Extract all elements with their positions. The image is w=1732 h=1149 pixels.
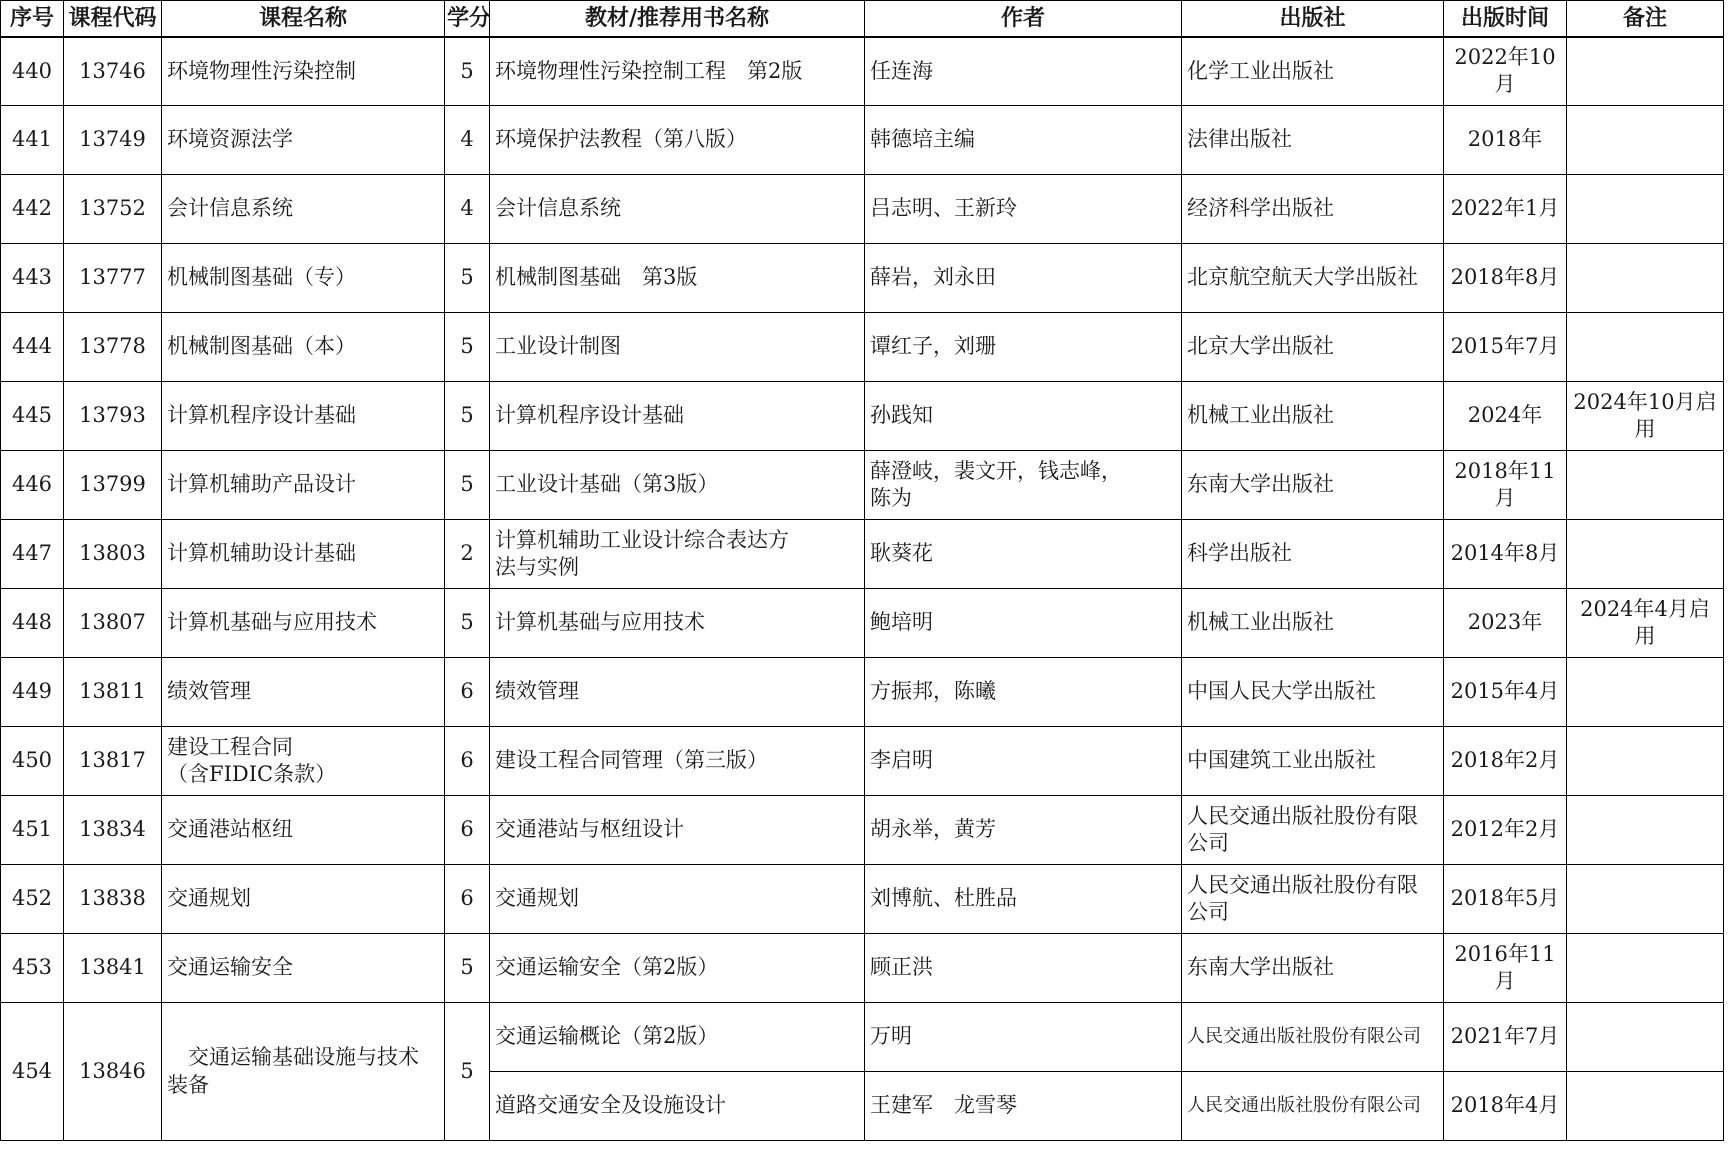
cell-author: 吕志明、王新玲 — [865, 175, 1182, 244]
cell-publish-date: 2018年4月 — [1444, 1072, 1567, 1141]
table-row: 449 13811 绩效管理 6 绩效管理 方振邦，陈曦 中国人民大学出版社 2… — [1, 658, 1724, 727]
cell-textbook-name: 计算机程序设计基础 — [490, 382, 865, 451]
cell-serial-number: 447 — [1, 520, 64, 589]
cell-serial-number: 451 — [1, 796, 64, 865]
cell-publisher: 机械工业出版社 — [1182, 589, 1444, 658]
header-textbook-name: 教材/推荐用书名称 — [490, 1, 865, 37]
table-row: 452 13838 交通规划 6 交通规划 刘博航、杜胜品 人民交通出版社股份有… — [1, 865, 1724, 934]
table-header-row: 序号 课程代码 课程名称 学分 教材/推荐用书名称 作者 出版社 出版时间 备注 — [1, 1, 1724, 37]
cell-author: 任连海 — [865, 37, 1182, 106]
cell-remark — [1567, 106, 1724, 175]
cell-publisher: 北京航空航天大学出版社 — [1182, 244, 1444, 313]
cell-course-name: 交通规划 — [162, 865, 445, 934]
cell-course-name: 机械制图基础（本） — [162, 313, 445, 382]
cell-publish-date: 2014年8月 — [1444, 520, 1567, 589]
cell-textbook-name: 会计信息系统 — [490, 175, 865, 244]
cell-course-name: 计算机辅助设计基础 — [162, 520, 445, 589]
cell-course-code: 13841 — [64, 934, 162, 1003]
cell-serial-number: 452 — [1, 865, 64, 934]
table-row: 440 13746 环境物理性污染控制 5 环境物理性污染控制工程 第2版 任连… — [1, 37, 1724, 106]
cell-textbook-name: 机械制图基础 第3版 — [490, 244, 865, 313]
cell-textbook-name: 建设工程合同管理（第三版） — [490, 727, 865, 796]
cell-course-code: 13834 — [64, 796, 162, 865]
cell-course-code: 13778 — [64, 313, 162, 382]
cell-course-name: 计算机辅助产品设计 — [162, 451, 445, 520]
cell-course-name: 交通运输基础设施与技术装备 — [162, 1003, 445, 1141]
cell-textbook-name: 交通港站与枢纽设计 — [490, 796, 865, 865]
cell-credits: 5 — [445, 451, 490, 520]
cell-publisher: 人民交通出版社股份有限公司 — [1182, 1003, 1444, 1072]
cell-publish-date: 2016年11月 — [1444, 934, 1567, 1003]
cell-textbook-name: 交通规划 — [490, 865, 865, 934]
cell-course-code: 13846 — [64, 1003, 162, 1141]
cell-author: 鲍培明 — [865, 589, 1182, 658]
table-row: 445 13793 计算机程序设计基础 5 计算机程序设计基础 孙践知 机械工业… — [1, 382, 1724, 451]
cell-author: 方振邦，陈曦 — [865, 658, 1182, 727]
cell-publish-date: 2012年2月 — [1444, 796, 1567, 865]
cell-publisher: 中国人民大学出版社 — [1182, 658, 1444, 727]
cell-remark — [1567, 244, 1724, 313]
cell-remark — [1567, 796, 1724, 865]
cell-author: 韩德培主编 — [865, 106, 1182, 175]
cell-textbook-name: 计算机基础与应用技术 — [490, 589, 865, 658]
cell-author: 万明 — [865, 1003, 1182, 1072]
cell-remark — [1567, 1072, 1724, 1141]
header-publisher: 出版社 — [1182, 1, 1444, 37]
cell-credits: 6 — [445, 727, 490, 796]
cell-serial-number: 444 — [1, 313, 64, 382]
cell-course-code: 13793 — [64, 382, 162, 451]
cell-credits: 5 — [445, 1003, 490, 1141]
cell-credits: 5 — [445, 313, 490, 382]
cell-publisher: 人民交通出版社股份有限 公司 — [1182, 865, 1444, 934]
cell-author: 胡永举，黄芳 — [865, 796, 1182, 865]
cell-course-code: 13749 — [64, 106, 162, 175]
table-row: 450 13817 建设工程合同 （含FIDIC条款） 6 建设工程合同管理（第… — [1, 727, 1724, 796]
header-publish-date: 出版时间 — [1444, 1, 1567, 37]
table-row: 444 13778 机械制图基础（本） 5 工业设计制图 谭红子，刘珊 北京大学… — [1, 313, 1724, 382]
cell-publisher: 东南大学出版社 — [1182, 451, 1444, 520]
cell-remark — [1567, 1003, 1724, 1072]
cell-course-code: 13811 — [64, 658, 162, 727]
cell-publish-date: 2024年 — [1444, 382, 1567, 451]
cell-remark — [1567, 727, 1724, 796]
table-row: 446 13799 计算机辅助产品设计 5 工业设计基础（第3版） 薛澄岐，裴文… — [1, 451, 1724, 520]
cell-textbook-name: 工业设计基础（第3版） — [490, 451, 865, 520]
cell-remark — [1567, 934, 1724, 1003]
cell-credits: 6 — [445, 796, 490, 865]
cell-textbook-name: 计算机辅助工业设计综合表达方 法与实例 — [490, 520, 865, 589]
cell-serial-number: 441 — [1, 106, 64, 175]
cell-textbook-name: 环境物理性污染控制工程 第2版 — [490, 37, 865, 106]
cell-publisher: 化学工业出版社 — [1182, 37, 1444, 106]
cell-publish-date: 2023年 — [1444, 589, 1567, 658]
cell-remark — [1567, 520, 1724, 589]
table-row: 453 13841 交通运输安全 5 交通运输安全（第2版） 顾正洪 东南大学出… — [1, 934, 1724, 1003]
cell-publish-date: 2018年 — [1444, 106, 1567, 175]
cell-course-code: 13777 — [64, 244, 162, 313]
header-credits: 学分 — [445, 1, 490, 37]
cell-publish-date: 2018年2月 — [1444, 727, 1567, 796]
cell-author: 李启明 — [865, 727, 1182, 796]
cell-publisher: 人民交通出版社股份有限 公司 — [1182, 796, 1444, 865]
cell-textbook-name: 道路交通安全及设施设计 — [490, 1072, 865, 1141]
cell-credits: 4 — [445, 106, 490, 175]
cell-author: 耿葵花 — [865, 520, 1182, 589]
cell-publisher: 中国建筑工业出版社 — [1182, 727, 1444, 796]
cell-remark: 2024年10月启用 — [1567, 382, 1724, 451]
cell-author: 王建军 龙雪琴 — [865, 1072, 1182, 1141]
table-row: 443 13777 机械制图基础（专） 5 机械制图基础 第3版 薛岩，刘永田 … — [1, 244, 1724, 313]
table-row: 447 13803 计算机辅助设计基础 2 计算机辅助工业设计综合表达方 法与实… — [1, 520, 1724, 589]
cell-publish-date: 2022年10月 — [1444, 37, 1567, 106]
cell-textbook-name: 绩效管理 — [490, 658, 865, 727]
cell-remark — [1567, 658, 1724, 727]
cell-course-code: 13807 — [64, 589, 162, 658]
table-row: 454 13846 交通运输基础设施与技术装备 5 交通运输概论（第2版） 万明… — [1, 1003, 1724, 1072]
cell-course-name: 机械制图基础（专） — [162, 244, 445, 313]
cell-author: 薛澄岐，裴文开，钱志峰， 陈为 — [865, 451, 1182, 520]
header-serial-number: 序号 — [1, 1, 64, 37]
cell-serial-number: 446 — [1, 451, 64, 520]
table-row: 451 13834 交通港站枢纽 6 交通港站与枢纽设计 胡永举，黄芳 人民交通… — [1, 796, 1724, 865]
cell-publish-date: 2021年7月 — [1444, 1003, 1567, 1072]
cell-course-code: 13752 — [64, 175, 162, 244]
cell-course-code: 13803 — [64, 520, 162, 589]
cell-publish-date: 2015年4月 — [1444, 658, 1567, 727]
cell-remark — [1567, 37, 1724, 106]
cell-credits: 6 — [445, 865, 490, 934]
cell-publish-date: 2018年8月 — [1444, 244, 1567, 313]
cell-credits: 5 — [445, 934, 490, 1003]
cell-course-name: 环境物理性污染控制 — [162, 37, 445, 106]
cell-remark — [1567, 313, 1724, 382]
cell-textbook-name: 交通运输安全（第2版） — [490, 934, 865, 1003]
cell-course-code: 13817 — [64, 727, 162, 796]
cell-publisher: 科学出版社 — [1182, 520, 1444, 589]
cell-course-name: 交通港站枢纽 — [162, 796, 445, 865]
cell-credits: 5 — [445, 37, 490, 106]
cell-author: 孙践知 — [865, 382, 1182, 451]
cell-publish-date: 2018年5月 — [1444, 865, 1567, 934]
course-textbook-table: 序号 课程代码 课程名称 学分 教材/推荐用书名称 作者 出版社 出版时间 备注… — [0, 0, 1724, 1141]
cell-course-name: 计算机程序设计基础 — [162, 382, 445, 451]
cell-publisher: 北京大学出版社 — [1182, 313, 1444, 382]
table-row: 448 13807 计算机基础与应用技术 5 计算机基础与应用技术 鲍培明 机械… — [1, 589, 1724, 658]
cell-author: 薛岩，刘永田 — [865, 244, 1182, 313]
cell-serial-number: 443 — [1, 244, 64, 313]
cell-publish-date: 2022年1月 — [1444, 175, 1567, 244]
header-course-name: 课程名称 — [162, 1, 445, 37]
cell-serial-number: 449 — [1, 658, 64, 727]
cell-credits: 5 — [445, 382, 490, 451]
cell-credits: 4 — [445, 175, 490, 244]
cell-remark — [1567, 865, 1724, 934]
cell-serial-number: 442 — [1, 175, 64, 244]
cell-remark — [1567, 175, 1724, 244]
cell-course-code: 13838 — [64, 865, 162, 934]
cell-serial-number: 448 — [1, 589, 64, 658]
cell-course-name: 交通运输安全 — [162, 934, 445, 1003]
cell-course-name: 会计信息系统 — [162, 175, 445, 244]
cell-course-code: 13746 — [64, 37, 162, 106]
cell-serial-number: 453 — [1, 934, 64, 1003]
cell-credits: 5 — [445, 589, 490, 658]
cell-publisher: 法律出版社 — [1182, 106, 1444, 175]
cell-credits: 6 — [445, 658, 490, 727]
header-course-code: 课程代码 — [64, 1, 162, 37]
cell-course-name: 建设工程合同 （含FIDIC条款） — [162, 727, 445, 796]
header-remark: 备注 — [1567, 1, 1724, 37]
table-row: 441 13749 环境资源法学 4 环境保护法教程（第八版） 韩德培主编 法律… — [1, 106, 1724, 175]
cell-publisher: 人民交通出版社股份有限公司 — [1182, 1072, 1444, 1141]
cell-textbook-name: 交通运输概论（第2版） — [490, 1003, 865, 1072]
cell-remark — [1567, 451, 1724, 520]
cell-author: 谭红子，刘珊 — [865, 313, 1182, 382]
cell-textbook-name: 工业设计制图 — [490, 313, 865, 382]
cell-serial-number: 445 — [1, 382, 64, 451]
cell-publisher: 经济科学出版社 — [1182, 175, 1444, 244]
cell-serial-number: 440 — [1, 37, 64, 106]
cell-textbook-name: 环境保护法教程（第八版） — [490, 106, 865, 175]
cell-author: 顾正洪 — [865, 934, 1182, 1003]
cell-publish-date: 2018年11月 — [1444, 451, 1567, 520]
cell-author: 刘博航、杜胜品 — [865, 865, 1182, 934]
header-author: 作者 — [865, 1, 1182, 37]
cell-course-code: 13799 — [64, 451, 162, 520]
cell-remark: 2024年4月启用 — [1567, 589, 1724, 658]
cell-credits: 2 — [445, 520, 490, 589]
cell-publisher: 机械工业出版社 — [1182, 382, 1444, 451]
cell-course-name: 环境资源法学 — [162, 106, 445, 175]
cell-course-name: 计算机基础与应用技术 — [162, 589, 445, 658]
cell-publisher: 东南大学出版社 — [1182, 934, 1444, 1003]
cell-credits: 5 — [445, 244, 490, 313]
table-row: 442 13752 会计信息系统 4 会计信息系统 吕志明、王新玲 经济科学出版… — [1, 175, 1724, 244]
cell-serial-number: 454 — [1, 1003, 64, 1141]
cell-publish-date: 2015年7月 — [1444, 313, 1567, 382]
cell-course-name: 绩效管理 — [162, 658, 445, 727]
cell-serial-number: 450 — [1, 727, 64, 796]
